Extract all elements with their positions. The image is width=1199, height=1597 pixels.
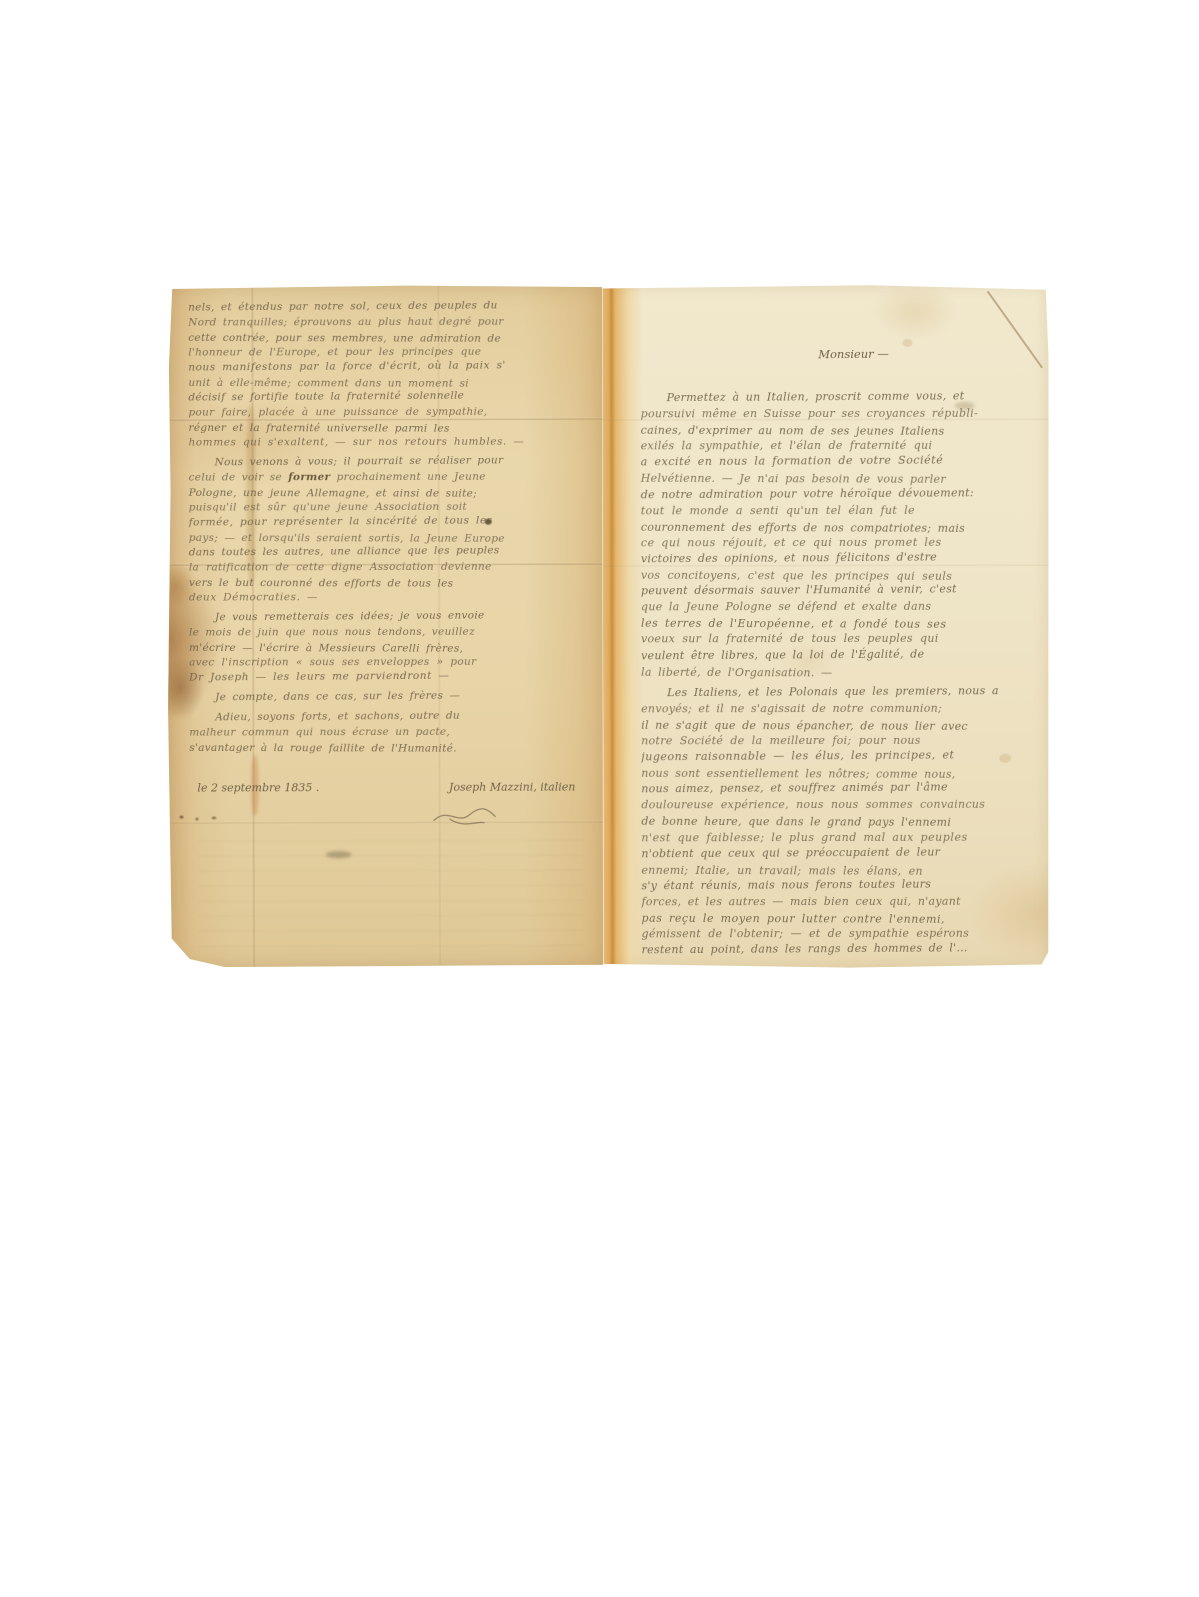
left-page-text: nels, et étendus par notre sol, ceux des… xyxy=(188,299,596,760)
paragraph: Les Italiens, et les Polonais que les pr… xyxy=(641,684,1038,958)
handwriting-line: Je compte, dans ce cas, sur les frères — xyxy=(189,688,596,706)
handwriting-line: peuvent désormais sauver l'Humanité à ve… xyxy=(641,581,1038,600)
ink-speck xyxy=(179,816,183,819)
letter-page-left: nels, et étendus par notre sol, ceux des… xyxy=(166,284,604,968)
handwriting-line: Dr Joseph — les leurs me parviendront — xyxy=(189,668,596,686)
handwriting-line: restent au point, dans les rangs des hom… xyxy=(642,940,1039,959)
handwriting-line: Permettez à un Italien, proscrit comme v… xyxy=(641,388,1038,407)
paragraph: Permettez à un Italien, proscrit comme v… xyxy=(641,390,1039,680)
handwriting-line: malheur commun qui nous écrase un pacte, xyxy=(189,724,596,740)
handwriting-line: tout le monde a senti qu'un tel élan fut… xyxy=(641,502,1038,519)
ink-bleed-through xyxy=(198,839,584,950)
handwriting-line: Adieu, soyons forts, et sachons, outre d… xyxy=(189,708,596,726)
handwriting-line: victoires des opinions, et nous félicito… xyxy=(641,549,1038,568)
handwriting-line: la ratification de cette digne Associati… xyxy=(189,559,596,575)
handwriting-line: nous manifestons par la force d'écrit, o… xyxy=(188,358,595,376)
signature: Joseph Mazzini, italien xyxy=(449,781,576,794)
signature-flourish-icon xyxy=(429,803,499,829)
paragraph: nels, et étendus par notre sol, ceux des… xyxy=(188,299,595,450)
handwriting-line: hommes qui s'exaltent, — sur nos retours… xyxy=(188,434,595,450)
right-page-text: Permettez à un Italien, proscrit comme v… xyxy=(641,390,1039,964)
handwriting-line: le mois de juin que nous nous tendons, v… xyxy=(189,624,596,640)
handwriting-line: Nord tranquilles; éprouvons au plus haut… xyxy=(188,314,595,330)
letter-page-right: Monsieur — Permettez à un Italien, prosc… xyxy=(602,284,1049,970)
ink-speck xyxy=(211,816,216,819)
fold-crease-horizontal xyxy=(168,820,604,824)
handwriting-line: de notre admiration pour votre héroïque … xyxy=(641,484,1038,503)
handwriting-line: poursuivi même en Suisse pour ses croyan… xyxy=(641,406,1038,423)
white-backdrop: { "letter": { "left_page": { "paragraphs… xyxy=(0,0,1199,1597)
handwriting-line: douloureuse expérience, nous nous sommes… xyxy=(641,797,1038,814)
handwriting-line: s'y étant réunis, mais nous ferons toute… xyxy=(641,876,1038,895)
handwriting-line: a excité en nous la formation de votre S… xyxy=(641,452,1038,471)
handwriting-line: la liberté, de l'Organisation. — xyxy=(641,664,1038,681)
handwriting-line: veulent être libres, que la loi de l'Éga… xyxy=(641,645,1038,664)
paragraph: Je vous remetterais ces idées; je vous e… xyxy=(189,609,596,685)
handwriting-line: Je vous remetterais ces idées; je vous e… xyxy=(189,608,596,626)
handwriting-line: dans toutes les autres, une alliance que… xyxy=(189,543,596,561)
handwriting-line: envoyés; et il ne s'agissait de notre co… xyxy=(641,700,1038,717)
date-signature-line: le 2 septembre 1835 . Joseph Mazzini, it… xyxy=(197,781,575,795)
handwriting-line: nels, et étendus par notre sol, ceux des… xyxy=(188,298,595,316)
handwriting-line: n'obtient que ceux qui se préoccupaient … xyxy=(641,844,1038,863)
handwriting-line: que la Jeune Pologne se défend et exalte… xyxy=(641,599,1038,616)
handwriting-line: Nous venons à vous; il pourrait se réali… xyxy=(189,453,596,471)
handwriting-line: s'avantager à la rouge faillite de l'Hum… xyxy=(189,741,596,757)
handwriting-line: deux Démocraties. — xyxy=(189,589,596,605)
paragraph: Adieu, soyons forts, et sachons, outre d… xyxy=(189,709,596,755)
handwriting-line: forces, et les autres — mais bien ceux q… xyxy=(641,894,1038,911)
handwriting-line: décisif se fortifie toute la fraternité … xyxy=(188,388,595,406)
letter-photograph: nels, et étendus par notre sol, ceux des… xyxy=(165,284,1049,971)
handwriting-line: formée, pour représenter la sincérité de… xyxy=(189,513,596,531)
handwriting-line: nous aimez, pensez, et souffrez animés p… xyxy=(641,779,1038,798)
letter-date: le 2 septembre 1835 . xyxy=(197,781,319,794)
salutation: Monsieur — xyxy=(630,345,1076,363)
handwriting-line: pour faire, placée à une puissance de sy… xyxy=(188,404,595,420)
paragraph: Je compte, dans ce cas, sur les frères — xyxy=(189,689,596,705)
paragraph: Nous venons à vous; il pourrait se réali… xyxy=(189,454,596,605)
ink-speck xyxy=(195,817,198,820)
handwriting-line: celui de voir se former prochainement un… xyxy=(189,469,596,485)
handwriting-line: jugeons raisonnable — les élus, les prin… xyxy=(641,747,1038,766)
handwriting-line: Les Italiens, et les Polonais que les pr… xyxy=(641,683,1038,702)
